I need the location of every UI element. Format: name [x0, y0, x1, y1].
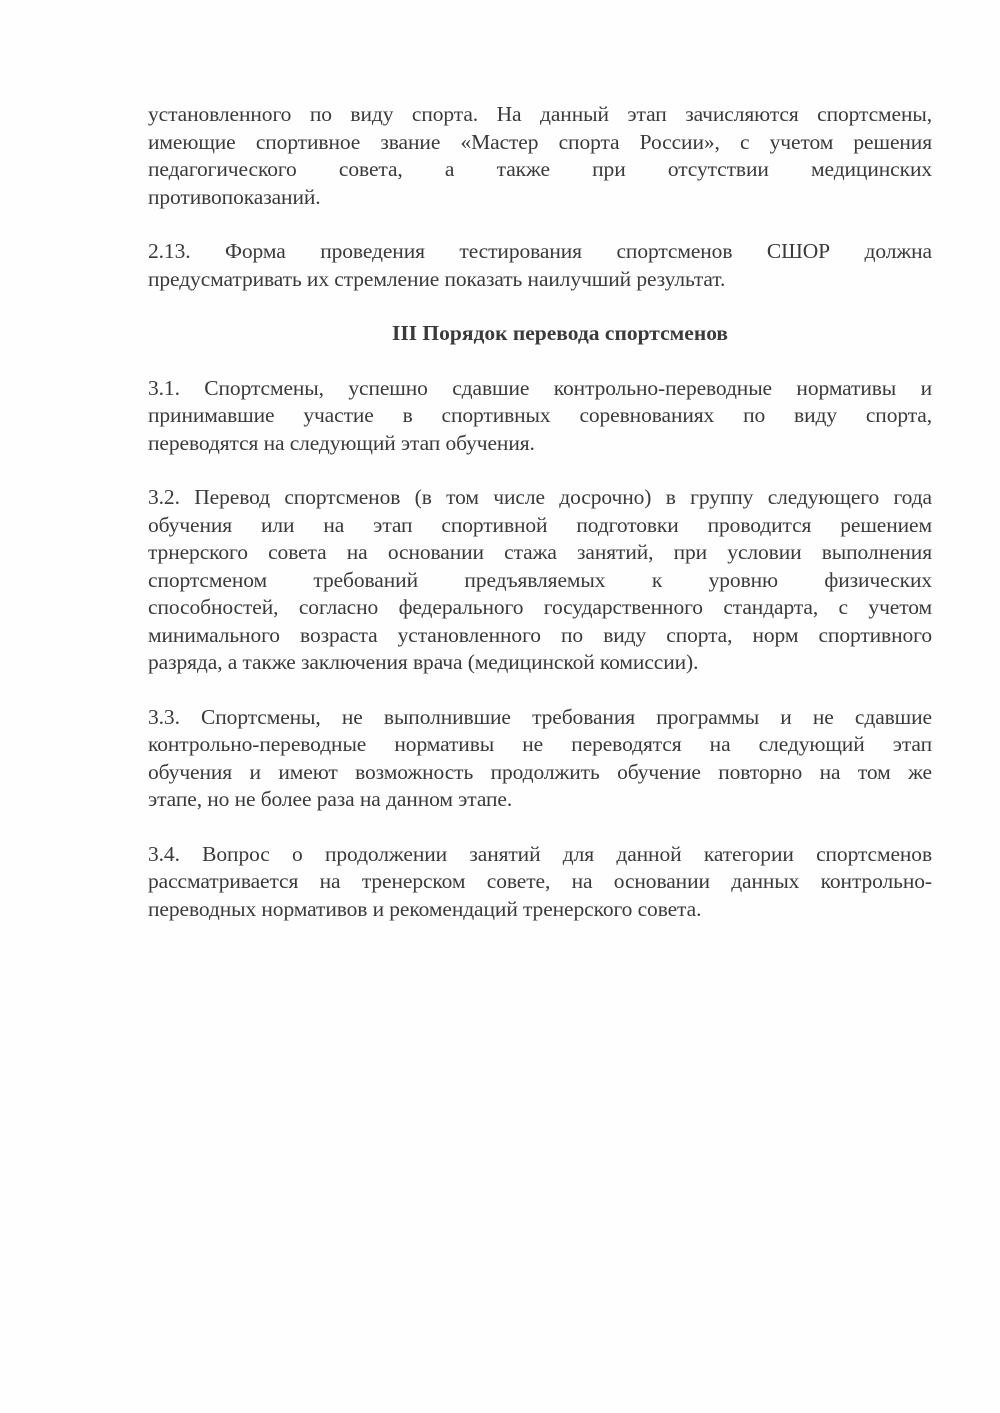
text-line: минимального возраста установленного по …: [148, 622, 932, 650]
text-line: противопоказаний.: [148, 184, 932, 212]
text-line: способностей, согласно федерального госу…: [148, 594, 932, 622]
text-line: контрольно-переводные нормативы не перев…: [148, 731, 932, 759]
intro-paragraph: установленного по виду спорта. На данный…: [148, 101, 932, 211]
paragraph-3-1: 3.1. Спортсмены, успешно сдавшие контрол…: [148, 375, 932, 458]
text-line: спортсменом требований предъявляемых к у…: [148, 567, 932, 595]
paragraph-3-4: 3.4. Вопрос о продолжении занятий для да…: [148, 841, 932, 924]
spacer: [148, 814, 932, 841]
text-line: педагогического совета, а также при отсу…: [148, 156, 932, 184]
document-body: установленного по виду спорта. На данный…: [148, 101, 932, 923]
text-line: принимавшие участие в спортивных соревно…: [148, 402, 932, 430]
text-line: обучения и имеют возможность продолжить …: [148, 759, 932, 787]
text-line: предусматривать их стремление показать н…: [148, 266, 932, 294]
text-line: 3.4. Вопрос о продолжении занятий для да…: [148, 841, 932, 869]
paragraph-2-13: 2.13. Форма проведения тестирования спор…: [148, 238, 932, 293]
text-line: имеющие спортивное звание «Мастер спорта…: [148, 129, 932, 157]
spacer: [148, 457, 932, 484]
text-line: обучения или на этап спортивной подготов…: [148, 512, 932, 540]
section-3-heading: III Порядок перевода спортсменов: [148, 320, 932, 348]
spacer: [148, 677, 932, 704]
text-line: разряда, а также заключения врача (медиц…: [148, 649, 932, 677]
paragraph-3-3: 3.3. Спортсмены, не выполнившие требован…: [148, 704, 932, 814]
text-line: трнерского совета на основании стажа зан…: [148, 539, 932, 567]
document-page: установленного по виду спорта. На данный…: [0, 0, 1000, 1413]
text-line: переводных нормативов и рекомендаций тре…: [148, 896, 932, 924]
paragraph-3-2: 3.2. Перевод спортсменов (в том числе до…: [148, 484, 932, 677]
text-line: 2.13. Форма проведения тестирования спор…: [148, 238, 932, 266]
text-line: переводятся на следующий этап обучения.: [148, 430, 932, 458]
spacer: [148, 211, 932, 238]
text-line: 3.1. Спортсмены, успешно сдавшие контрол…: [148, 375, 932, 403]
spacer: [148, 293, 932, 320]
text-line: 3.2. Перевод спортсменов (в том числе до…: [148, 484, 932, 512]
spacer: [148, 348, 932, 375]
text-line: этапе, но не более раза на данном этапе.: [148, 786, 932, 814]
text-line: установленного по виду спорта. На данный…: [148, 101, 932, 129]
text-line: 3.3. Спортсмены, не выполнившие требован…: [148, 704, 932, 732]
text-line: рассматривается на тренерском совете, на…: [148, 868, 932, 896]
